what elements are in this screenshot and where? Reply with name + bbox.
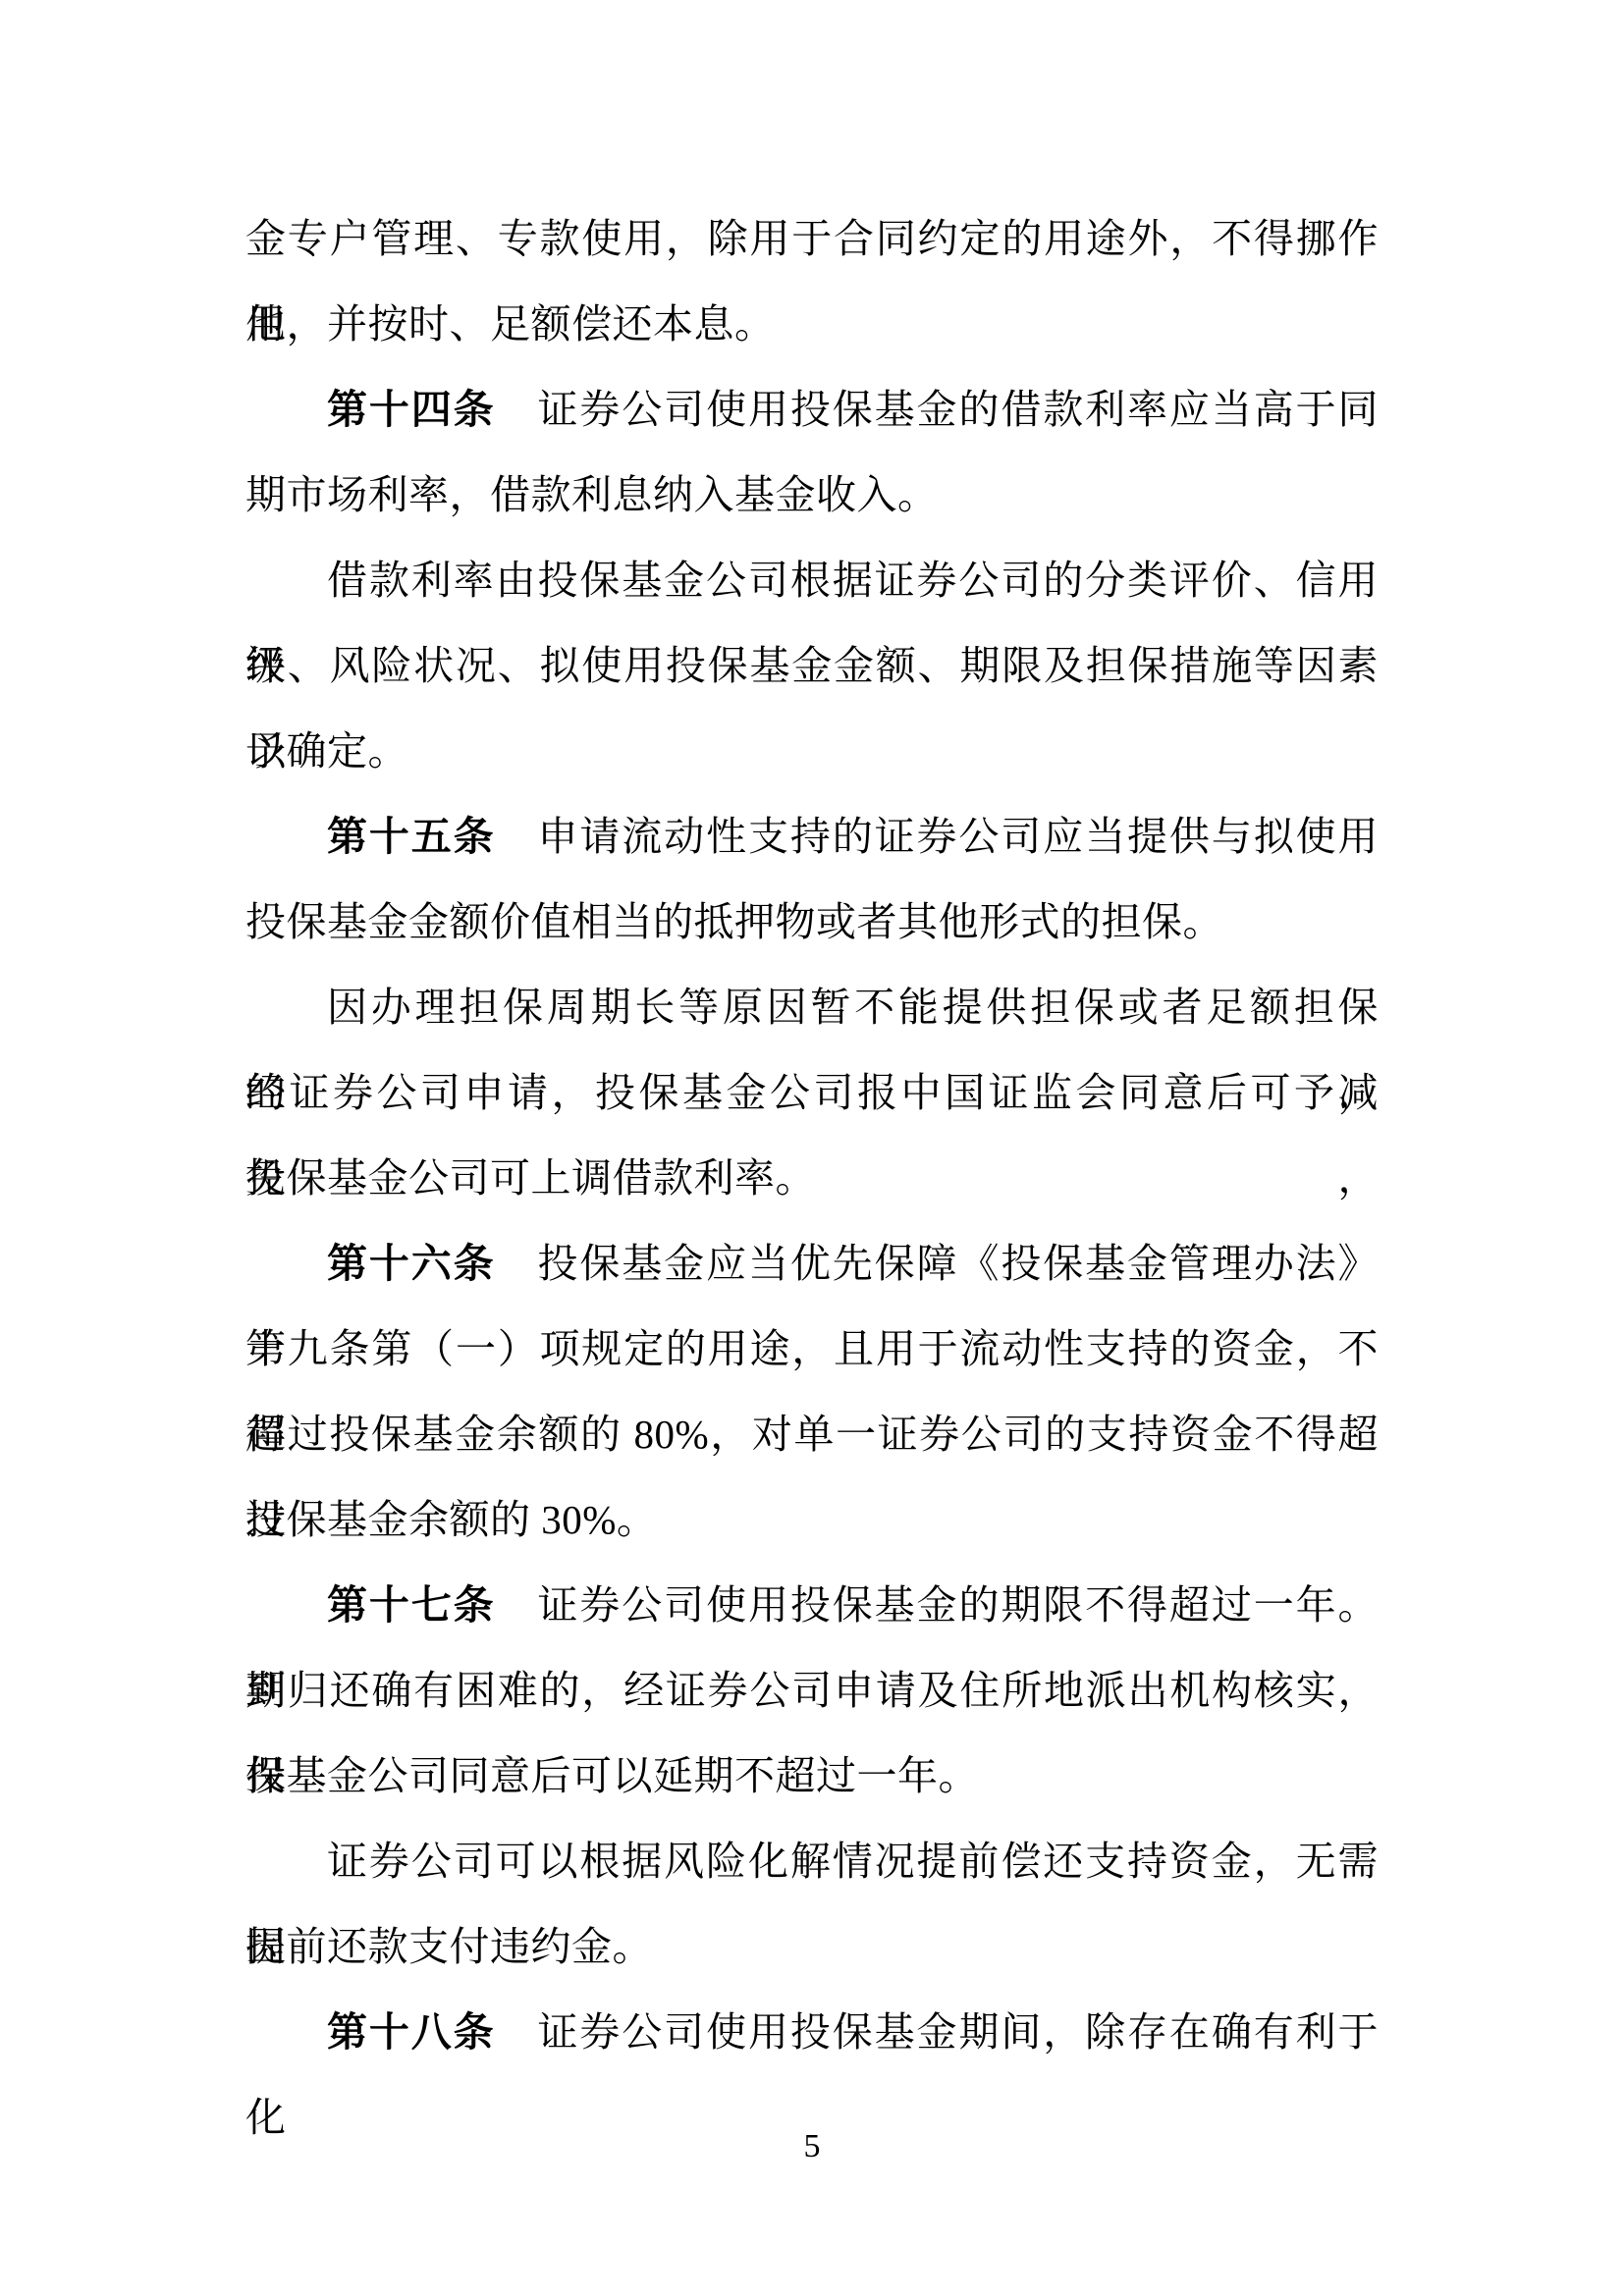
body-text-segment: 证券公司使用投保基金的借款利率应当高于同 (496, 387, 1379, 432)
paragraph: 因办理担保周期长等原因暂不能提供担保或者足额担保的，经证券公司申请，投保基金公司… (245, 965, 1379, 1221)
body-text-segment: 投保基金金额价值相当的抵押物或者其他形式的担保。 (245, 899, 1223, 944)
page-number: 5 (0, 2122, 1624, 2171)
text-line: 期市场利率，借款利息纳入基金收入。 (245, 453, 1379, 538)
text-line: 超过投保基金余额的 80%，对单一证券公司的支持资金不得超过 (245, 1392, 1379, 1477)
paragraph: 第十七条 证券公司使用投保基金的期限不得超过一年。到期归还确有困难的，经证券公司… (245, 1563, 1379, 1819)
text-line: 以确定。 (245, 709, 1379, 794)
paragraph: 借款利率由投保基金公司根据证券公司的分类评价、信用评级、风险状况、拟使用投保基金… (245, 538, 1379, 794)
text-line: 十九条第（一）项规定的用途，且用于流动性支持的资金，不得 (245, 1307, 1379, 1392)
body-text-segment: 提前还款支付违约金。 (245, 1924, 653, 1969)
paragraph: 第十五条 申请流动性支持的证券公司应当提供与拟使用投保基金金额价值相当的抵押物或… (245, 794, 1379, 965)
body-text-segment: 用，并按时、足额偿还本息。 (245, 301, 776, 347)
text-line: 借款利率由投保基金公司根据证券公司的分类评价、信用评 (245, 538, 1379, 623)
body-text-segment: 申请流动性支持的证券公司应当提供与拟使用 (496, 814, 1379, 859)
text-line: 第十四条 证券公司使用投保基金的借款利率应当高于同 (245, 367, 1379, 453)
text-line: 第十六条 投保基金应当优先保障《投保基金管理办法》第 (245, 1221, 1379, 1307)
text-line: 因办理担保周期长等原因暂不能提供担保或者足额担保的， (245, 965, 1379, 1050)
paragraph: 证券公司可以根据风险化解情况提前偿还支持资金，无需因提前还款支付违约金。 (245, 1819, 1379, 1990)
document-body: 金专户管理、专款使用，除用于合同约定的用途外，不得挪作他用，并按时、足额偿还本息… (245, 196, 1379, 2075)
text-line: 投保基金金额价值相当的抵押物或者其他形式的担保。 (245, 880, 1379, 965)
body-text-segment: 投保基金余额的 30%。 (245, 1497, 657, 1542)
text-line: 保基金公司同意后可以延期不超过一年。 (245, 1734, 1379, 1819)
body-text-segment: 期市场利率，借款利息纳入基金收入。 (245, 472, 939, 517)
text-line: 用，并按时、足额偿还本息。 (245, 282, 1379, 367)
article-number-heading: 第十八条 (327, 2009, 496, 2055)
paragraph: 第十六条 投保基金应当优先保障《投保基金管理办法》第十九条第（一）项规定的用途，… (245, 1221, 1379, 1563)
text-line: 第十八条 证券公司使用投保基金期间，除存在确有利于化 (245, 1990, 1379, 2075)
body-text-segment: 以确定。 (245, 728, 408, 774)
text-line: 金专户管理、专款使用，除用于合同约定的用途外，不得挪作他 (245, 196, 1379, 282)
text-line: 提前还款支付违约金。 (245, 1904, 1379, 1990)
article-number-heading: 第十六条 (327, 1241, 496, 1286)
document-page: 金专户管理、专款使用，除用于合同约定的用途外，不得挪作他用，并按时、足额偿还本息… (0, 0, 1624, 2296)
paragraph: 金专户管理、专款使用，除用于合同约定的用途外，不得挪作他用，并按时、足额偿还本息… (245, 196, 1379, 367)
article-number-heading: 第十五条 (327, 814, 496, 859)
paragraph: 第十八条 证券公司使用投保基金期间，除存在确有利于化 (245, 1990, 1379, 2075)
text-line: 证券公司可以根据风险化解情况提前偿还支持资金，无需因 (245, 1819, 1379, 1904)
text-line: 经证券公司申请，投保基金公司报中国证监会同意后可予减免， (245, 1050, 1379, 1136)
text-line: 投保基金余额的 30%。 (245, 1477, 1379, 1563)
body-text-segment: 保基金公司同意后可以延期不超过一年。 (245, 1753, 979, 1798)
article-number-heading: 第十四条 (327, 387, 496, 432)
article-number-heading: 第十七条 (327, 1582, 496, 1628)
text-line: 第十五条 申请流动性支持的证券公司应当提供与拟使用 (245, 794, 1379, 880)
text-line: 第十七条 证券公司使用投保基金的期限不得超过一年。到 (245, 1563, 1379, 1648)
paragraph: 第十四条 证券公司使用投保基金的借款利率应当高于同期市场利率，借款利息纳入基金收… (245, 367, 1379, 538)
body-text-segment: 投保基金公司可上调借款利率。 (245, 1155, 816, 1201)
text-line: 期归还确有困难的，经证券公司申请及住所地派出机构核实，投 (245, 1648, 1379, 1734)
text-line: 级、风险状况、拟使用投保基金金额、期限及担保措施等因素予 (245, 623, 1379, 709)
